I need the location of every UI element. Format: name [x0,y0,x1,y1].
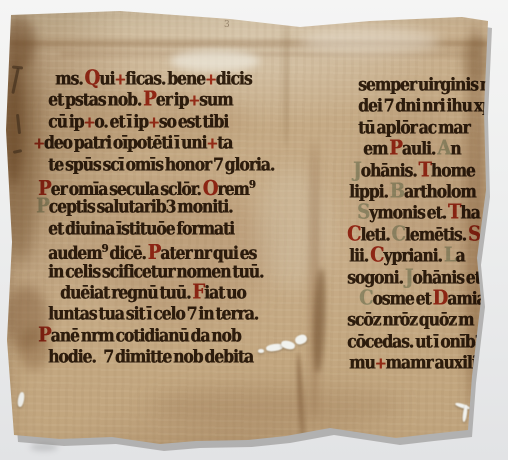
text-segment: a [455,244,464,266]
rubric-cross: + [206,135,217,153]
text-segment: artholom [404,180,476,202]
text-column-left: ms. Qui+ficas. bene+diciset pstas nob. P… [48,66,274,365]
text-segment: lippi. [349,180,390,202]
text-segment: auli. [402,137,437,159]
text-segment: dei 7 dni nri ihu xpi [358,95,497,117]
damage-white-fleck-left [17,392,26,408]
text-segment: duēiat regnū tuū. [60,281,192,303]
text-segment: et pstas nob. [48,89,143,111]
crease-gutter-dark-core [312,268,327,373]
folio-mark: 3 [224,20,230,30]
crease-gutter-vertical [310,140,319,420]
text-segment: amiani [447,287,501,309]
text-segment: home [431,159,475,181]
damage-white-squiggle [294,333,308,346]
text-segment: so est tibi [159,110,228,132]
text-segment: ficas. bene [125,67,205,89]
text-segment: o. et ī ip [94,110,148,132]
text-segment: ms. [55,67,84,89]
stain-top-horizontal-band [10,40,488,47]
damage-white-squiggle [280,339,296,350]
margin-pen-mark [13,149,22,154]
light-patch-top-right [300,28,440,54]
text-segment: mu [349,351,375,373]
rubric-cross: + [33,135,44,153]
crease-bottom-vertical [296,352,306,440]
text-segment: luntas tua sit ī celo 7 in terra. [48,302,258,324]
text-segment: semper uirginis m [358,73,495,95]
mottling-bottom [150,385,400,427]
damage-white-mark-bottom-right [455,402,471,410]
text-segment: lemētis. [405,223,468,245]
text-segment: hodie. 7 dimitte nob debita [48,345,253,367]
rubric-cross: + [375,355,386,373]
text-segment: te spūs scī omīs honor 7 gloria. [48,153,274,175]
text-segment: dicis [216,67,252,89]
manuscript-line: hodie. 7 dimitte nob debita [48,344,274,369]
text-segment: ta [217,131,232,153]
text-segment: sogoni. [347,266,405,288]
margin-pen-mark [16,114,21,134]
text-segment: em [363,137,389,159]
margin-pen-mark [12,65,23,69]
text-segment: cū ip [48,110,83,132]
text-segment: leti. [360,223,391,245]
fold-line-top [284,16,288,148]
text-segment: ohānis. [361,159,419,181]
text-segment: deo patri oīpotēti ī uni [44,131,207,153]
photo-background: 3 ms. Qui+ficas. bene+diciset pstas nob.… [0,0,508,460]
text-segment: lii. [349,244,370,266]
faded-initial: S [357,200,369,224]
rubric-initial: P [143,87,156,111]
text-segment: tū aplōr ac mar [358,116,469,138]
text-segment: et diuina īstituōe formati [48,217,234,239]
margin-pen-mark [11,68,19,94]
rubric-cross: + [188,92,199,110]
text-segment: anē nrm cotidianū da nob [51,324,241,346]
stain-top-horizontal-band-2 [60,52,480,56]
text-segment: ypriani. [383,244,443,266]
text-segment: ha [460,201,479,223]
text-column-right: semper uirginis mdei 7 dni nri ihu xpitū… [347,72,501,371]
damage-white-fleck [258,349,264,353]
text-segment: in celis scificetur nomen tuū. [48,260,263,282]
text-segment: n [450,137,460,159]
text-segment: ceptis salutarib3 moniti. [49,195,233,217]
text-segment: 9 [249,179,255,192]
text-segment: ymonis et. [369,201,448,223]
text-segment: cōcedas. ut ī onīb3 [347,330,484,352]
faded-initial: A [437,136,450,160]
rubric-initial: P [389,136,402,160]
rubric-initial: T [448,200,460,224]
faded-initial: P [36,194,49,218]
rubric-initial: C [370,243,383,267]
faded-initial: L [444,243,456,267]
text-segment: mamr auxili [385,351,476,373]
manuscript-leaf: 3 ms. Qui+ficas. bene+diciset pstas nob.… [0,0,508,460]
text-segment: osme et [372,287,432,309]
text-segment: sum [199,89,232,111]
text-segment: iat uo [204,281,246,303]
text-segment: scōz nrōz quōz m [347,308,473,330]
text-segment: ohānis et [412,266,480,288]
stain-top-left-corner [4,16,36,68]
text-segment: er ip [156,89,189,111]
text-segment: ui [99,67,114,89]
